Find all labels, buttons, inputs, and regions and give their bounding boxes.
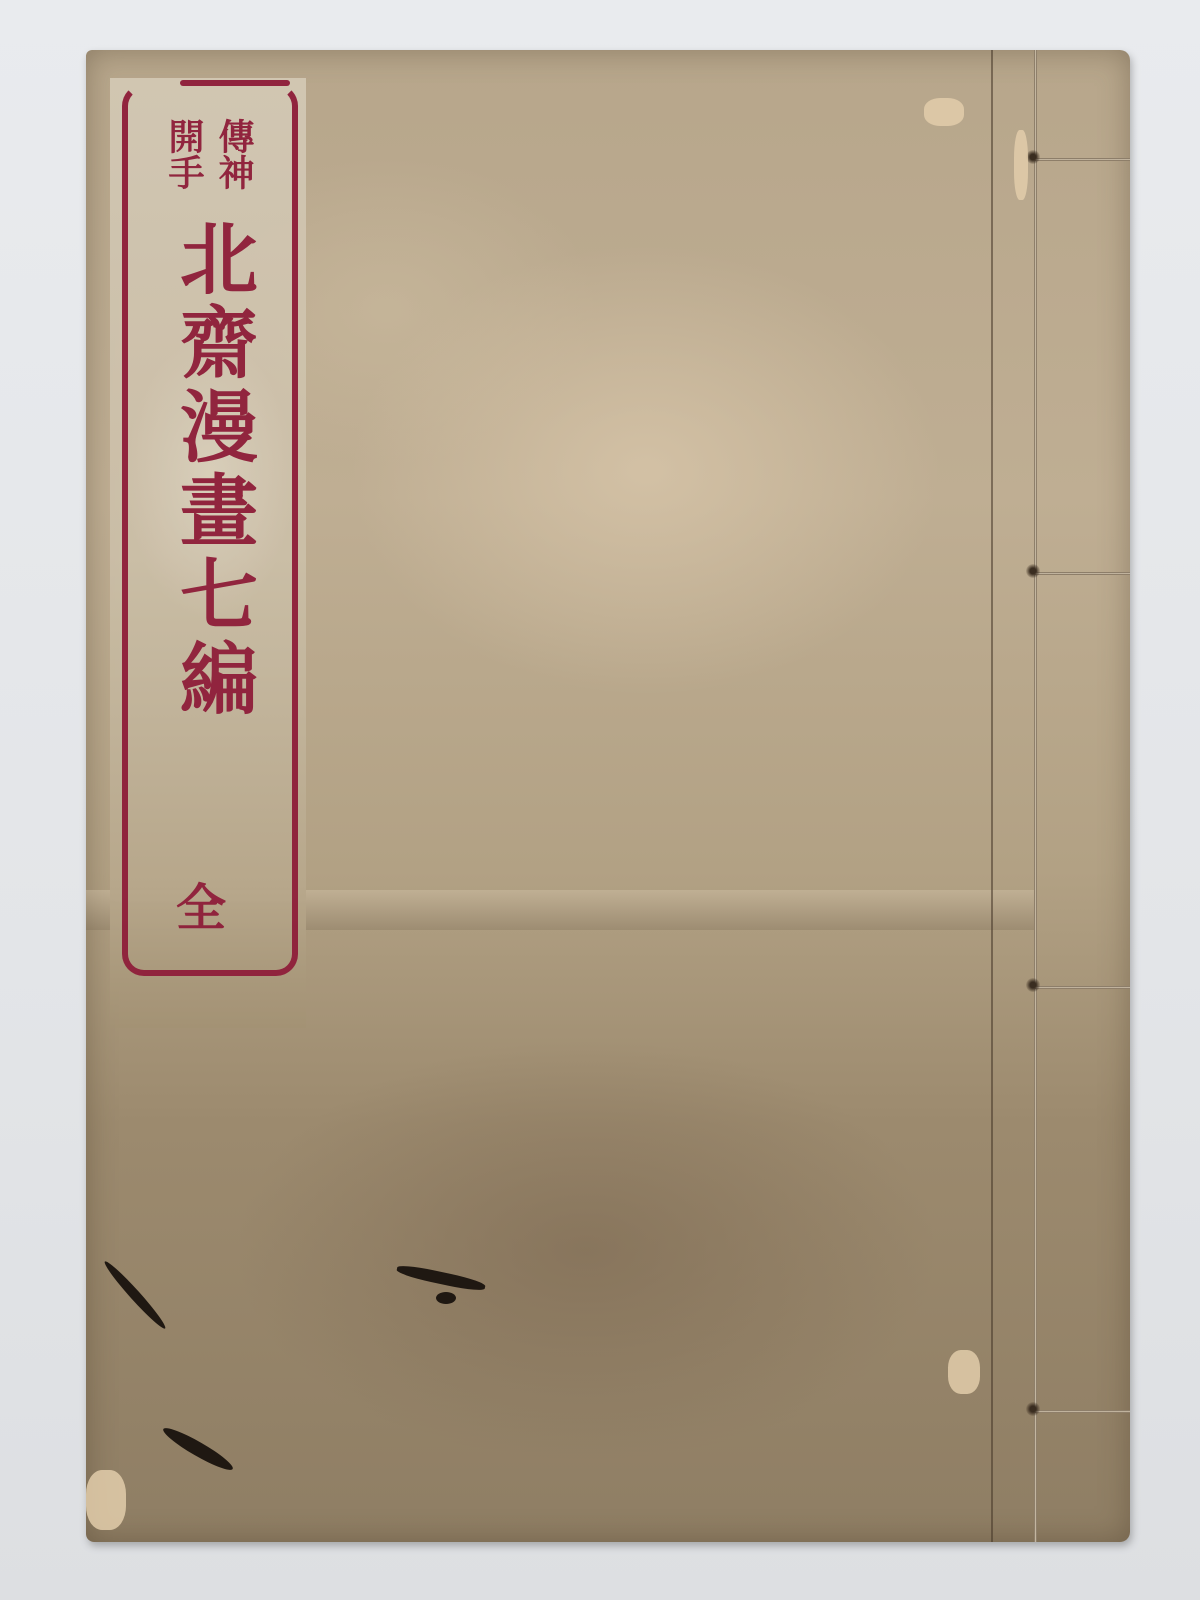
spine-fold-line (991, 50, 993, 1542)
subtitle-right: 傳神 (214, 118, 254, 190)
title-label: 傳神 開手 北齋漫畫七編 全 (110, 78, 306, 1028)
stitch-2 (1034, 572, 1130, 575)
stitch-hole-1 (1026, 150, 1040, 164)
stitch-3 (1034, 986, 1130, 989)
stitch-hole-3 (1026, 978, 1040, 992)
ink-stain (396, 1263, 487, 1293)
subtitle-left: 開手 (164, 118, 204, 190)
stitch-1 (1034, 158, 1130, 161)
stitch-hole-4 (1026, 1402, 1040, 1416)
binding-thread (1034, 50, 1037, 1542)
wear-spot (924, 98, 964, 126)
main-title: 北齋漫畫七編 (162, 218, 262, 722)
stitch-hole-2 (1026, 564, 1040, 578)
ink-stain (436, 1292, 456, 1304)
label-frame-top (180, 80, 290, 86)
ink-stain (101, 1258, 169, 1332)
ink-stain (160, 1423, 236, 1475)
wear-spot (86, 1470, 126, 1530)
wear-spot (948, 1350, 980, 1394)
stitch-4 (1034, 1410, 1130, 1413)
volume-note: 全 (176, 868, 226, 940)
wear-spot (1014, 130, 1028, 200)
book-cover: 傳神 開手 北齋漫畫七編 全 (86, 50, 1130, 1542)
